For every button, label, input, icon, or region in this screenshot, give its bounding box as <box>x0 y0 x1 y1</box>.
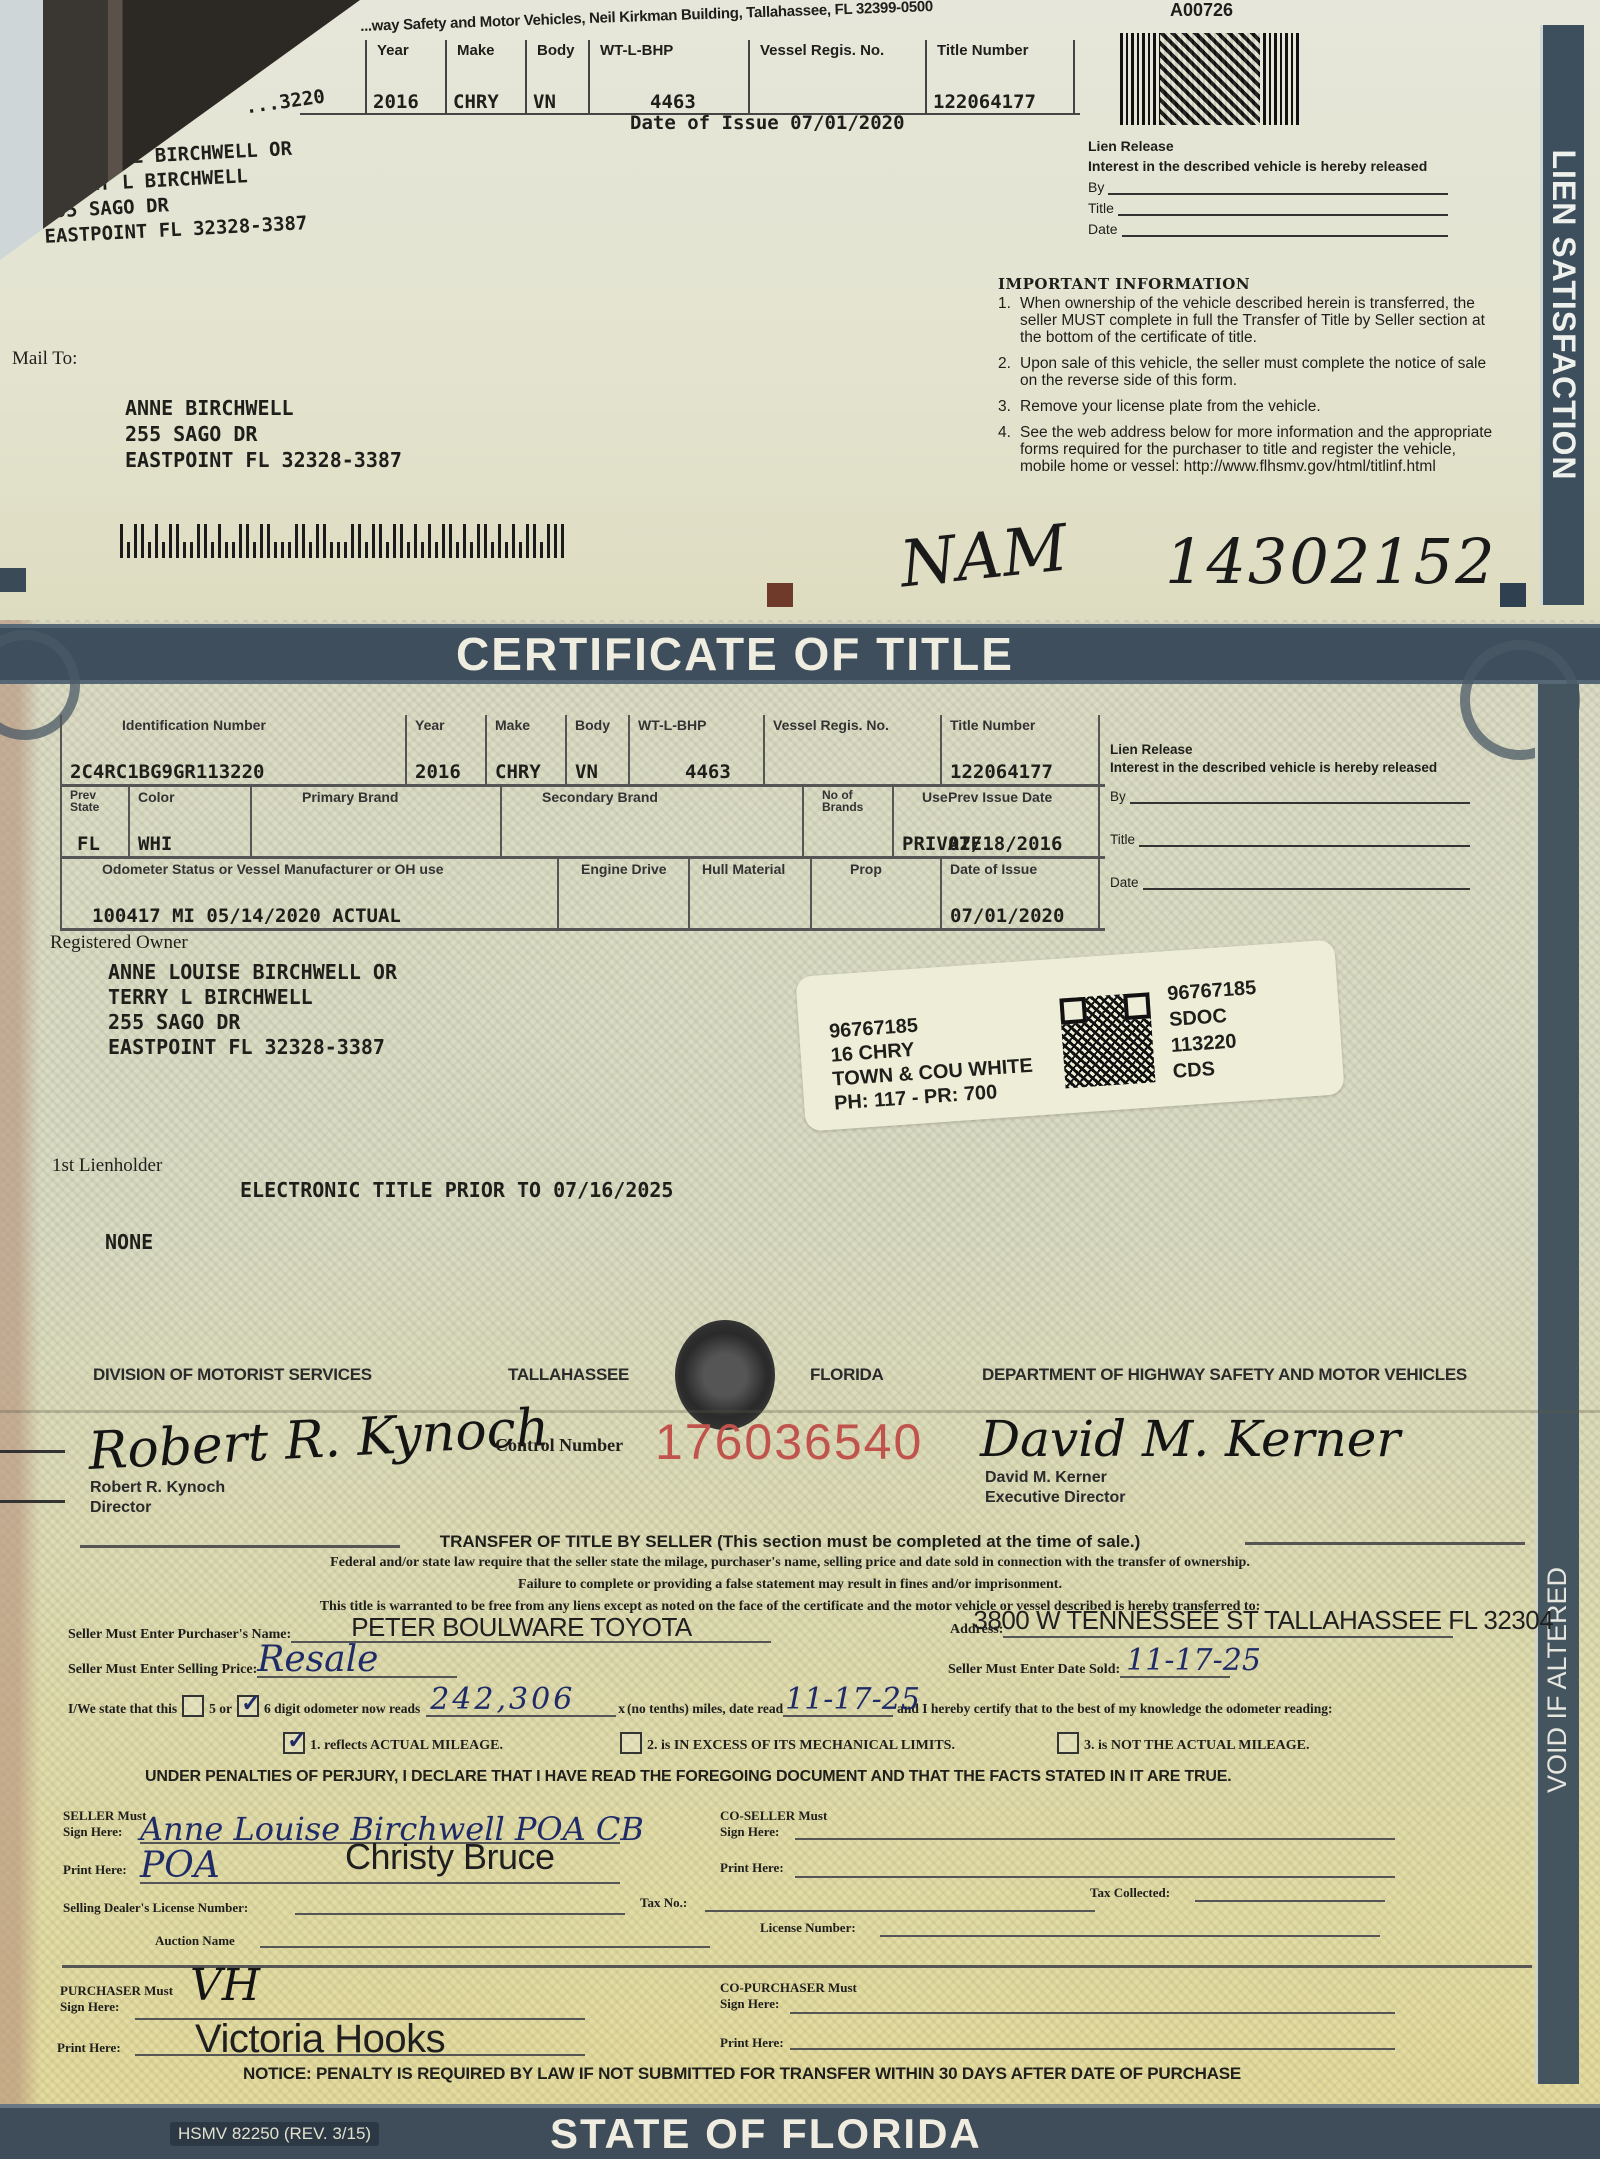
not-actual-mileage-checkbox[interactable] <box>1057 1732 1079 1754</box>
purchaser-printed-name: Victoria Hooks <box>195 2017 445 2062</box>
copurchaser-signature-field[interactable] <box>790 2012 1395 2014</box>
mileage-option-2[interactable]: 2. is IN EXCESS OF ITS MECHANICAL LIMITS… <box>615 1732 955 1754</box>
license-number-field[interactable] <box>880 1935 1380 1937</box>
coseller-print-field[interactable] <box>795 1876 1395 1878</box>
certificate-title: CERTIFICATE OF TITLE <box>0 624 1600 684</box>
stub-date-of-issue: Date of Issue 07/01/2020 <box>630 112 905 134</box>
copurchaser-print-field[interactable] <box>790 2048 1395 2050</box>
dealer-license-field[interactable] <box>295 1913 625 1915</box>
field-wt-l-bhp: WT-L-BHP4463 <box>628 715 761 787</box>
director-name-block: Robert R. Kynoch Director <box>90 1478 225 1518</box>
vehicle-info-grid: Identification Number 2C4RC1BG9GR113220 … <box>60 715 1105 931</box>
field-prev-state: Prev StateFL <box>60 787 125 859</box>
lienholder-electronic-title: ELECTRONIC TITLE PRIOR TO 07/16/2025 <box>240 1178 673 1202</box>
stub-vehicle-grid: ...3220 Year 2016 Make CHRY Body VN WT-L… <box>300 40 1080 115</box>
field-primary-brand: Primary Brand <box>250 787 495 859</box>
cert-lien-title-field[interactable]: Title <box>1110 832 1470 847</box>
division-label: DIVISION OF MOTORIST SERVICES <box>93 1365 372 1385</box>
field-odometer-status: Odometer Status or Vessel Manufacturer o… <box>60 859 555 931</box>
lien-release-by-field[interactable]: By <box>1088 179 1448 195</box>
date-sold-field[interactable]: Seller Must Enter Date Sold: 11-17-25 <box>948 1660 1230 1678</box>
stub-field-vessel: Vessel Regis. No. <box>748 40 923 115</box>
field-prev-issue-date: Prev Issue Date02/18/2016 <box>940 787 1100 859</box>
city-label: TALLAHASSEE <box>508 1365 629 1385</box>
form-code: HSMV 82250 (REV. 3/15) <box>170 2122 379 2146</box>
field-year: Year2016 <box>405 715 485 787</box>
state-label: FLORIDA <box>810 1365 883 1385</box>
auction-name-field[interactable] <box>260 1946 710 1948</box>
six-digit-checkbox[interactable] <box>237 1695 259 1717</box>
excess-mechanical-limits-checkbox[interactable] <box>620 1732 642 1754</box>
field-prop: Prop <box>810 859 935 931</box>
mileage-option-1[interactable]: 1. reflects ACTUAL MILEAGE. <box>278 1732 503 1754</box>
qr-code-icon <box>1059 992 1155 1088</box>
purchaser-name-field[interactable]: Seller Must Enter Purchaser's Name: PETE… <box>68 1625 771 1643</box>
field-no-of-brands: No of Brands <box>802 787 890 859</box>
registration-mark <box>0 568 26 592</box>
perjury-declaration: UNDER PENALTIES OF PERJURY, I DECLARE TH… <box>145 1768 1231 1786</box>
tax-collected-field[interactable] <box>1195 1900 1385 1902</box>
department-label: DEPARTMENT OF HIGHWAY SAFETY AND MOTOR V… <box>982 1365 1467 1385</box>
void-if-altered-label: VOID IF ALTERED <box>1540 1460 1574 1900</box>
postnet-barcode <box>120 522 564 558</box>
stub-control-code: A00726 <box>1170 0 1233 21</box>
executive-name-block: David M. Kerner Executive Director <box>985 1468 1126 1508</box>
stub-field-body: Body VN <box>525 40 585 115</box>
stub-field-wt: WT-L-BHP 4463 <box>588 40 746 115</box>
stub-field-vin: ...3220 <box>300 40 360 115</box>
vehicle-row-1: Identification Number 2C4RC1BG9GR113220 … <box>60 715 1105 787</box>
stub-lien-release: Lien Release Interest in the described v… <box>1088 138 1448 237</box>
vehicle-row-2: Prev StateFL ColorWHI Primary Brand Seco… <box>60 787 1105 859</box>
field-date-of-issue: Date of Issue07/01/2020 <box>940 859 1100 931</box>
stub-field-title-number: Title Number 122064177 <box>925 40 1075 115</box>
odometer-statement: I/We state that this 5 or 6 digit odomet… <box>68 1695 1332 1717</box>
mail-to-label: Mail To: <box>12 348 77 370</box>
info-item: 1.When ownership of the vehicle describe… <box>998 295 1498 346</box>
certificate-of-title: CERTIFICATE OF TITLE VOID IF ALTERED Ide… <box>0 620 1600 2159</box>
field-make: MakeCHRY <box>485 715 565 787</box>
title-mailer-stub: ...way Safety and Motor Vehicles, Neil K… <box>0 0 1600 620</box>
lien-release-title-field[interactable]: Title <box>1088 200 1448 216</box>
dealer-inventory-sticker: 96767185 16 CHRY TOWN & COU WHITE PH: 11… <box>795 939 1344 1131</box>
mail-to-address: ANNE BIRCHWELL 255 SAGO DR EASTPOINT FL … <box>125 395 402 473</box>
odometer-reading-field[interactable]: 242,306 <box>426 1699 616 1717</box>
handwritten-number: 14302152 <box>1165 525 1497 598</box>
important-information: IMPORTANT INFORMATION 1.When ownership o… <box>998 276 1498 484</box>
info-item: 3.Remove your license plate from the veh… <box>998 398 1498 415</box>
selling-price-field[interactable]: Seller Must Enter Selling Price: Resale <box>68 1660 457 1678</box>
field-color: ColorWHI <box>128 787 248 859</box>
field-engine-drive: Engine Drive <box>557 859 687 931</box>
field-hull-material: Hull Material <box>688 859 808 931</box>
lien-satisfaction-label: LIEN SATISFACTION <box>1544 25 1584 605</box>
lienholder-label: 1st Lienholder <box>52 1155 162 1177</box>
registration-mark <box>1500 583 1526 607</box>
field-vin: Identification Number 2C4RC1BG9GR113220 <box>60 715 400 787</box>
vehicle-row-3: Odometer Status or Vessel Manufacturer o… <box>60 859 1105 931</box>
lien-release-date-field[interactable]: Date <box>1088 221 1448 237</box>
control-number-label: Control Number <box>495 1435 623 1456</box>
info-item: 4.See the web address below for more inf… <box>998 424 1498 475</box>
penalty-notice: NOTICE: PENALTY IS REQUIRED BY LAW IF NO… <box>243 2064 1241 2084</box>
field-title-number: Title Number122064177 <box>940 715 1100 787</box>
cert-lien-by-field[interactable]: By <box>1110 789 1470 804</box>
field-body: BodyVN <box>565 715 625 787</box>
actual-mileage-checkbox[interactable] <box>283 1732 305 1754</box>
coseller-signature-field[interactable] <box>795 1838 1395 1840</box>
field-vessel-regis: Vessel Regis. No. <box>763 715 938 787</box>
stub-field-make: Make CHRY <box>445 40 525 115</box>
stub-field-year: Year 2016 <box>365 40 445 115</box>
control-number: 176036540 <box>655 1413 923 1471</box>
purchaser-signature: VH <box>190 1960 260 2011</box>
field-secondary-brand: Secondary Brand <box>500 787 800 859</box>
mileage-option-3[interactable]: 3. is NOT THE ACTUAL MILEAGE. <box>1052 1732 1309 1754</box>
lienholder-value: NONE <box>105 1230 153 1254</box>
cert-lien-date-field[interactable]: Date <box>1110 875 1470 890</box>
pdf417-barcode <box>1120 33 1300 125</box>
handwritten-initials: NAM <box>897 511 1072 602</box>
registration-mark <box>767 583 793 607</box>
agency-address-header: ...way Safety and Motor Vehicles, Neil K… <box>360 0 933 35</box>
seller-printed-name: Christy Bruce <box>345 1836 555 1878</box>
registered-owner: ANNE LOUISE BIRCHWELL OR TERRY L BIRCHWE… <box>108 960 397 1060</box>
executive-signature: David M. Kerner <box>980 1410 1400 1468</box>
info-item: 2.Upon sale of this vehicle, the seller … <box>998 355 1498 389</box>
purchaser-address-field[interactable]: Address: 3800 W TENNESSEE ST TALLAHASSEE… <box>950 1620 1453 1638</box>
five-digit-checkbox[interactable] <box>182 1695 204 1717</box>
tax-no-field[interactable] <box>705 1910 1095 1912</box>
date-read-field[interactable]: 11-17-25 <box>783 1699 893 1717</box>
registered-owner-label: Registered Owner <box>50 932 188 954</box>
certificate-lien-release: Lien Release Interest in the described v… <box>1110 742 1470 890</box>
state-of-florida-label: STATE OF FLORIDA <box>550 2110 982 2158</box>
